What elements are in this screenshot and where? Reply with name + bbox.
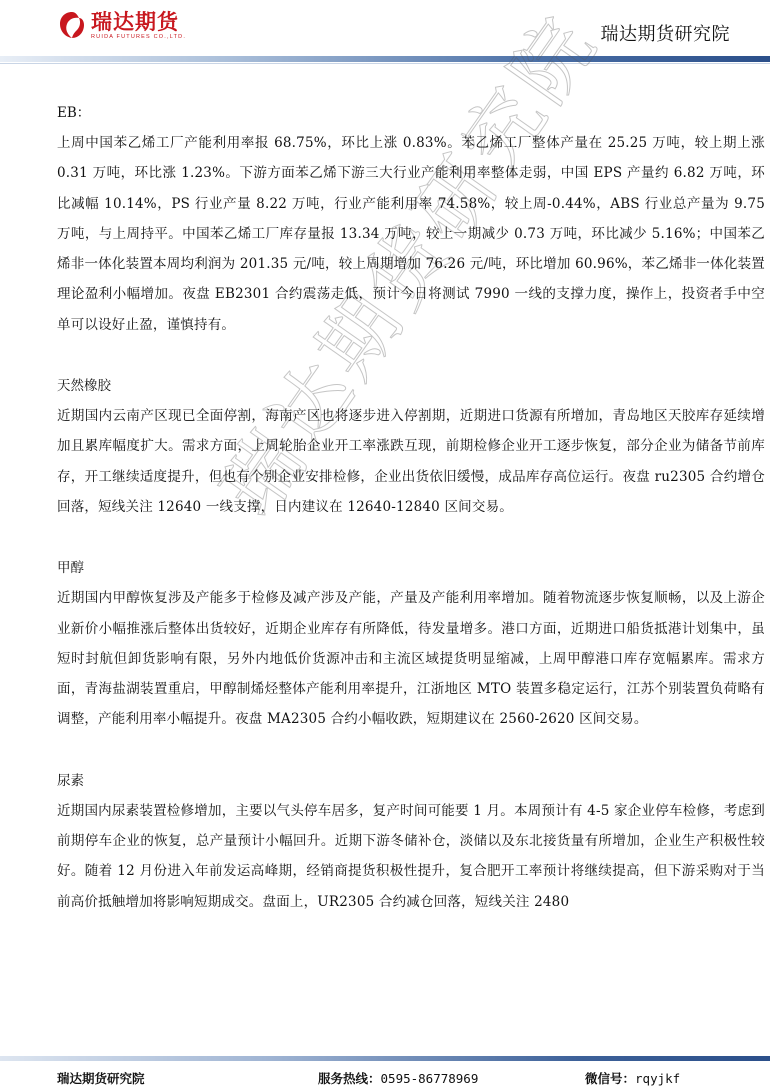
footer-wechat: 微信号：rqyjkf (585, 1069, 680, 1087)
hotline-number: 0595-86778969 (381, 1071, 479, 1086)
header-divider (0, 56, 770, 62)
section-paragraph: 近期国内尿素装置检修增加，主要以气头停车居多，复产时间可能要 1 月。本周预计有… (57, 796, 765, 917)
header-title: 瑞达期货研究院 (601, 20, 731, 46)
wechat-id: rqyjkf (635, 1071, 680, 1086)
section-urea: 尿素 近期国内尿素装置检修增加，主要以气头停车居多，复产时间可能要 1 月。本周… (57, 766, 765, 917)
section-eb: EB： 上周中国苯乙烯工厂产能利用率报 68.75%，环比上涨 0.83%。苯乙… (57, 98, 765, 340)
logo-mark-icon (57, 10, 87, 40)
footer-hotline: 服务热线：0595-86778969 (318, 1069, 478, 1087)
section-title: 尿素 (57, 766, 765, 796)
hotline-label: 服务热线： (318, 1071, 381, 1086)
logo-chinese-name: 瑞达期货 (91, 10, 186, 34)
logo-english-name: RUIDA FUTURES CO.,LTD. (91, 34, 186, 41)
section-spacer (57, 522, 765, 553)
footer-divider (0, 1056, 770, 1061)
wechat-label: 微信号： (585, 1071, 635, 1086)
company-logo: 瑞达期货 RUIDA FUTURES CO.,LTD. (57, 4, 186, 46)
section-title: 甲醇 (57, 553, 765, 583)
document-body: EB： 上周中国苯乙烯工厂产能利用率报 68.75%，环比上涨 0.83%。苯乙… (57, 98, 765, 917)
section-paragraph: 上周中国苯乙烯工厂产能利用率报 68.75%，环比上涨 0.83%。苯乙烯工厂整… (57, 128, 765, 340)
section-methanol: 甲醇 近期国内甲醇恢复涉及产能多于检修及减产涉及产能，产量及产能利用率增加。随着… (57, 553, 765, 734)
section-spacer (57, 340, 765, 371)
page-header: 瑞达期货 RUIDA FUTURES CO.,LTD. 瑞达期货研究院 (0, 0, 770, 62)
page-footer: 瑞达期货研究院 服务热线：0595-86778969 微信号：rqyjkf (0, 1066, 770, 1088)
footer-org: 瑞达期货研究院 (57, 1069, 145, 1087)
section-paragraph: 近期国内云南产区现已全面停割，海南产区也将逐步进入停割期，近期进口货源有所增加，… (57, 401, 765, 522)
section-title: 天然橡胶 (57, 371, 765, 401)
header-divider-thin (0, 63, 770, 64)
section-natural-rubber: 天然橡胶 近期国内云南产区现已全面停割，海南产区也将逐步进入停割期，近期进口货源… (57, 371, 765, 522)
section-spacer (57, 735, 765, 766)
section-title: EB： (57, 98, 765, 128)
section-paragraph: 近期国内甲醇恢复涉及产能多于检修及减产涉及产能，产量及产能利用率增加。随着物流逐… (57, 583, 765, 734)
